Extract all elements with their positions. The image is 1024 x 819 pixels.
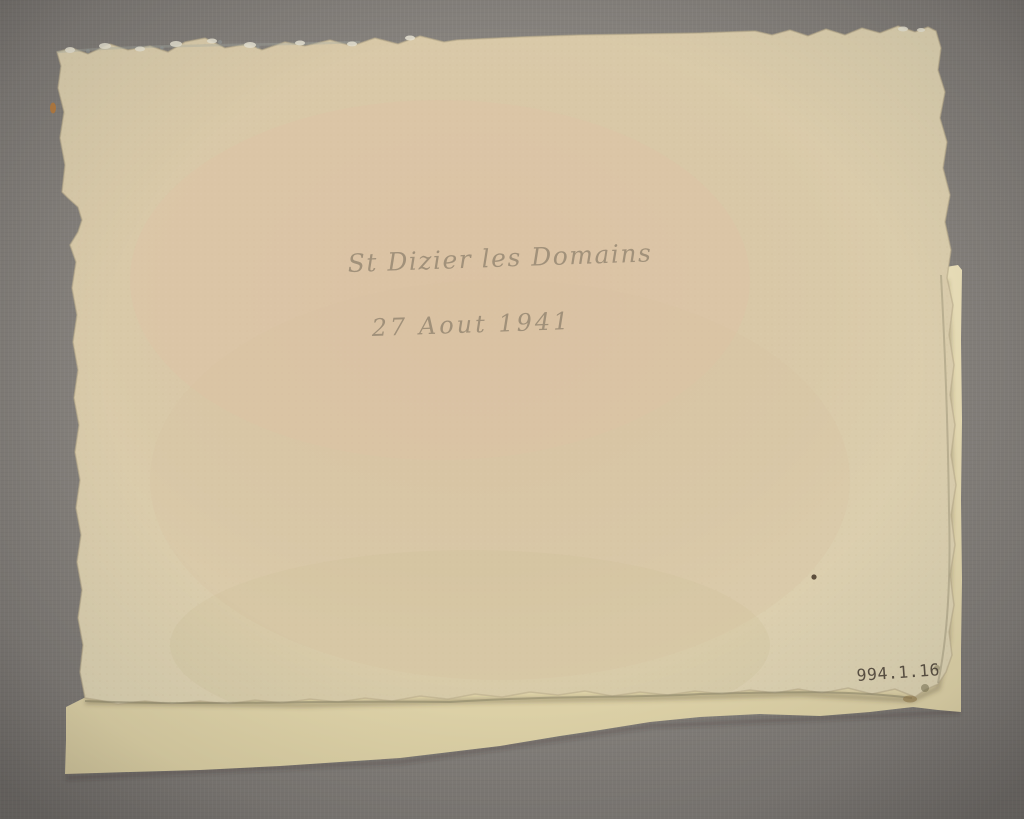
dark-speck: [811, 574, 816, 579]
corner-stain-blob: [921, 684, 929, 692]
artifact-photo: St Dizier les Domains 27 Aout 1941 994.1…: [0, 0, 1024, 819]
corner-stain-brown: [903, 696, 917, 703]
orange-stain-left-edge: [50, 103, 56, 114]
archival-photo-stage: St Dizier les Domains 27 Aout 1941 994.1…: [0, 0, 1024, 819]
